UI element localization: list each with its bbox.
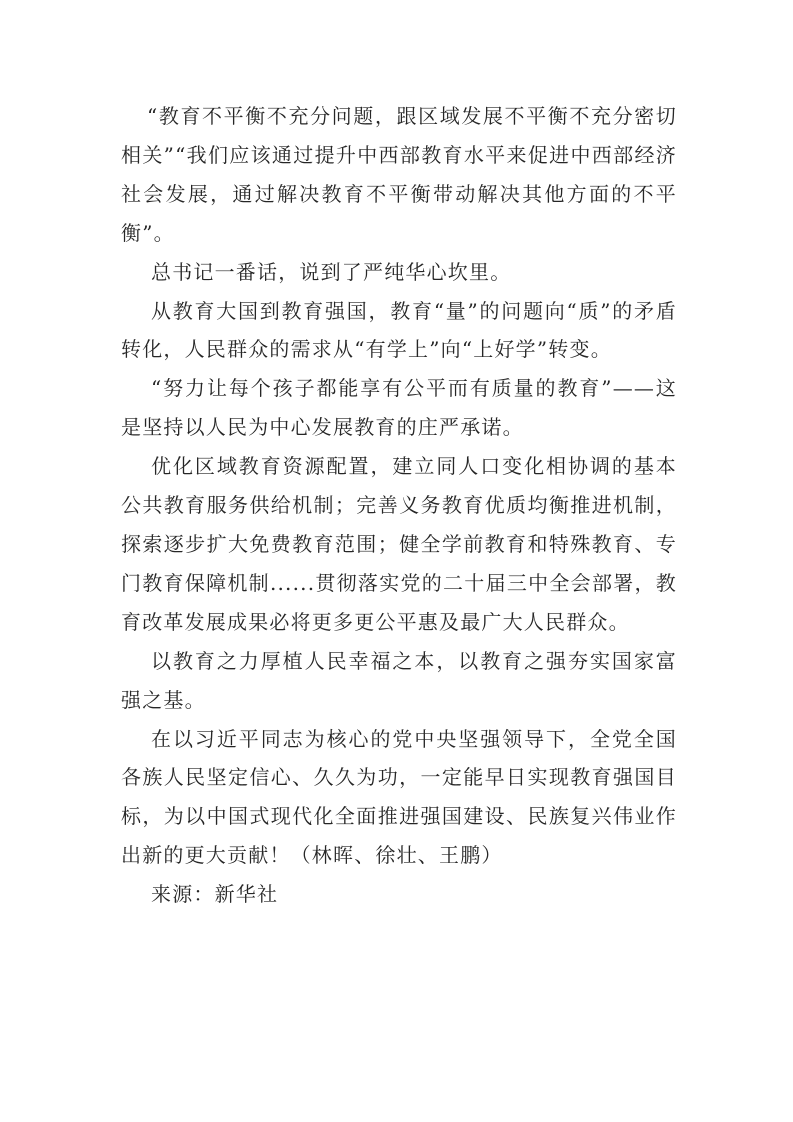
paragraph-quantity-to-quality: 从教育大国到教育强国，教育“量”的问题向“质”的矛盾转化，人民群众的需求从“有学…	[121, 292, 677, 370]
paragraph-education-strength: 以教育之力厚植人民幸福之本，以教育之强夯实国家富强之基。	[121, 642, 677, 720]
paragraph-quote-balance: “教育不平衡不充分问题，跟区域发展不平衡不充分密切相关”“我们应该通过提升中西部…	[121, 97, 677, 253]
paragraph-conclusion: 在以习近平同志为核心的党中央坚强领导下，全党全国各族人民坚定信心、久久为功，一定…	[121, 720, 677, 876]
paragraph-fair-education: “努力让每个孩子都能享有公平而有质量的教育”——这是坚持以人民为中心发展教育的庄…	[121, 369, 677, 447]
paragraph-resource-allocation: 优化区域教育资源配置，建立同人口变化相协调的基本公共教育服务供给机制；完善义务教…	[121, 447, 677, 642]
article-body: “教育不平衡不充分问题，跟区域发展不平衡不充分密切相关”“我们应该通过提升中西部…	[121, 97, 677, 914]
source-line: 来源：新华社	[121, 875, 677, 914]
paragraph-secretary-remark: 总书记一番话，说到了严纯华心坎里。	[121, 253, 677, 292]
